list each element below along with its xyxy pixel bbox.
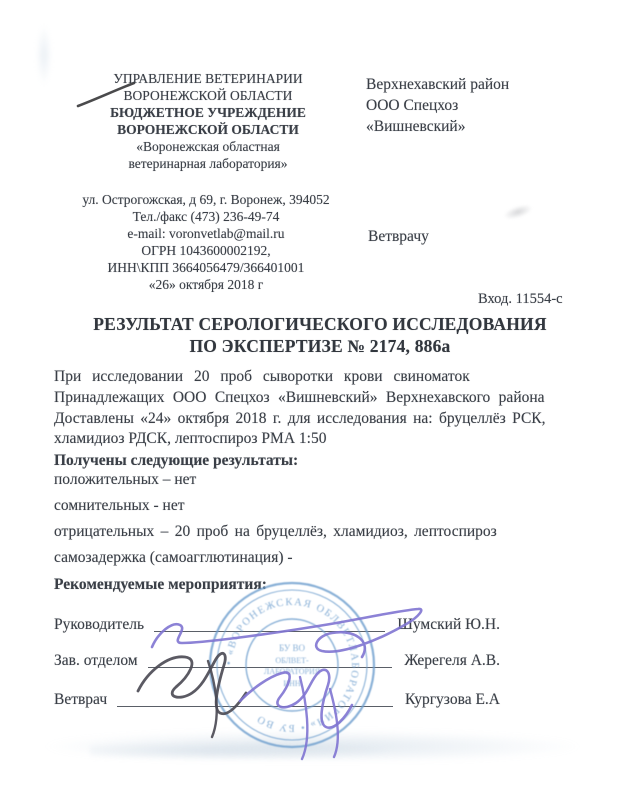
letterhead-department-line2: ВОРОНЕЖСКОЙ ОБЛАСТИ <box>70 87 346 104</box>
address-line: ул. Острогожская, д 69, г. Воронеж, 3940… <box>56 191 356 208</box>
results-heading: Получены следующие результаты: <box>54 452 298 470</box>
incoming-number: Вход. 11554-с <box>478 291 563 308</box>
signature-label: Ветврач <box>54 691 107 709</box>
handwritten-signatures <box>110 585 430 785</box>
recipient-district: Верхнехавский район <box>366 74 509 95</box>
ogrn-line: ОГРН 1043600002192, <box>56 242 356 259</box>
recipient-block: Верхнехавский район ООО Спецхоз «Вишневс… <box>366 74 509 137</box>
recipient-org-line1: ООО Спецхоз <box>366 95 509 116</box>
letterhead-lab-line2: ветеринарная лаборатория» <box>70 155 346 172</box>
letterhead-lab-line1: «Воронежская областная <box>70 138 346 155</box>
addressee-label: Ветврачу <box>368 228 429 246</box>
phone-line: Тел./факс (473) 236-49-74 <box>56 208 356 225</box>
document-title-line2: ПО ЭКСПЕРТИЗЕ № 2174, 886а <box>40 335 600 357</box>
letterhead-department-line1: УПРАВЛЕНИЕ ВЕТЕРИНАРИИ <box>70 70 346 87</box>
results-positive: положительных – нет <box>54 471 196 489</box>
body-line: Принадлежащих ООО Спецхоз «Вишневский» В… <box>54 389 570 407</box>
scanned-document-page: УПРАВЛЕНИЕ ВЕТЕРИНАРИИ ВОРОНЕЖСКОЙ ОБЛАС… <box>0 0 640 800</box>
head-of-department-autograph <box>138 653 246 713</box>
document-title: РЕЗУЛЬТАТ СЕРОЛОГИЧЕСКОГО ИССЛЕДОВАНИЯ П… <box>40 313 600 357</box>
letterhead-institution-line2: ВОРОНЕЖСКОЙ ОБЛАСТИ <box>70 121 346 138</box>
director-autograph <box>152 609 421 657</box>
body-line: Доставлены «24» октября 2018 г. для иссл… <box>54 410 570 428</box>
body-line: При исследовании 20 проб сыворотки крови… <box>54 368 570 386</box>
date-line: «26» октября 2018 г <box>56 276 356 293</box>
recipient-org-line2: «Вишневский» <box>366 116 509 137</box>
scan-smudge <box>502 202 534 223</box>
inn-kpp-line: ИНН\КПП 3664056479/366401001 <box>56 259 356 276</box>
veterinarian-autograph-flourish2 <box>330 689 338 757</box>
letterhead-institution-line1: БЮДЖЕТНОЕ УЧРЕЖДЕНИЕ <box>70 104 346 121</box>
email-line: e-mail: voronvetlab@mail.ru <box>56 225 356 242</box>
veterinarian-autograph <box>240 670 352 728</box>
contacts-block: ул. Острогожская, д 69, г. Воронеж, 3940… <box>56 191 356 293</box>
scan-smudge <box>36 24 52 86</box>
body-line: хламидиоз РДСК, лептоспироз РМА 1:50 <box>54 430 570 448</box>
results-negative: отрицательных – 20 проб на бруцеллёз, хл… <box>54 523 497 541</box>
results-doubtful: сомнительных - нет <box>54 497 185 515</box>
document-title-line1: РЕЗУЛЬТАТ СЕРОЛОГИЧЕСКОГО ИССЛЕДОВАНИЯ <box>40 313 600 335</box>
letterhead-block: УПРАВЛЕНИЕ ВЕТЕРИНАРИИ ВОРОНЕЖСКОЙ ОБЛАС… <box>70 70 346 172</box>
